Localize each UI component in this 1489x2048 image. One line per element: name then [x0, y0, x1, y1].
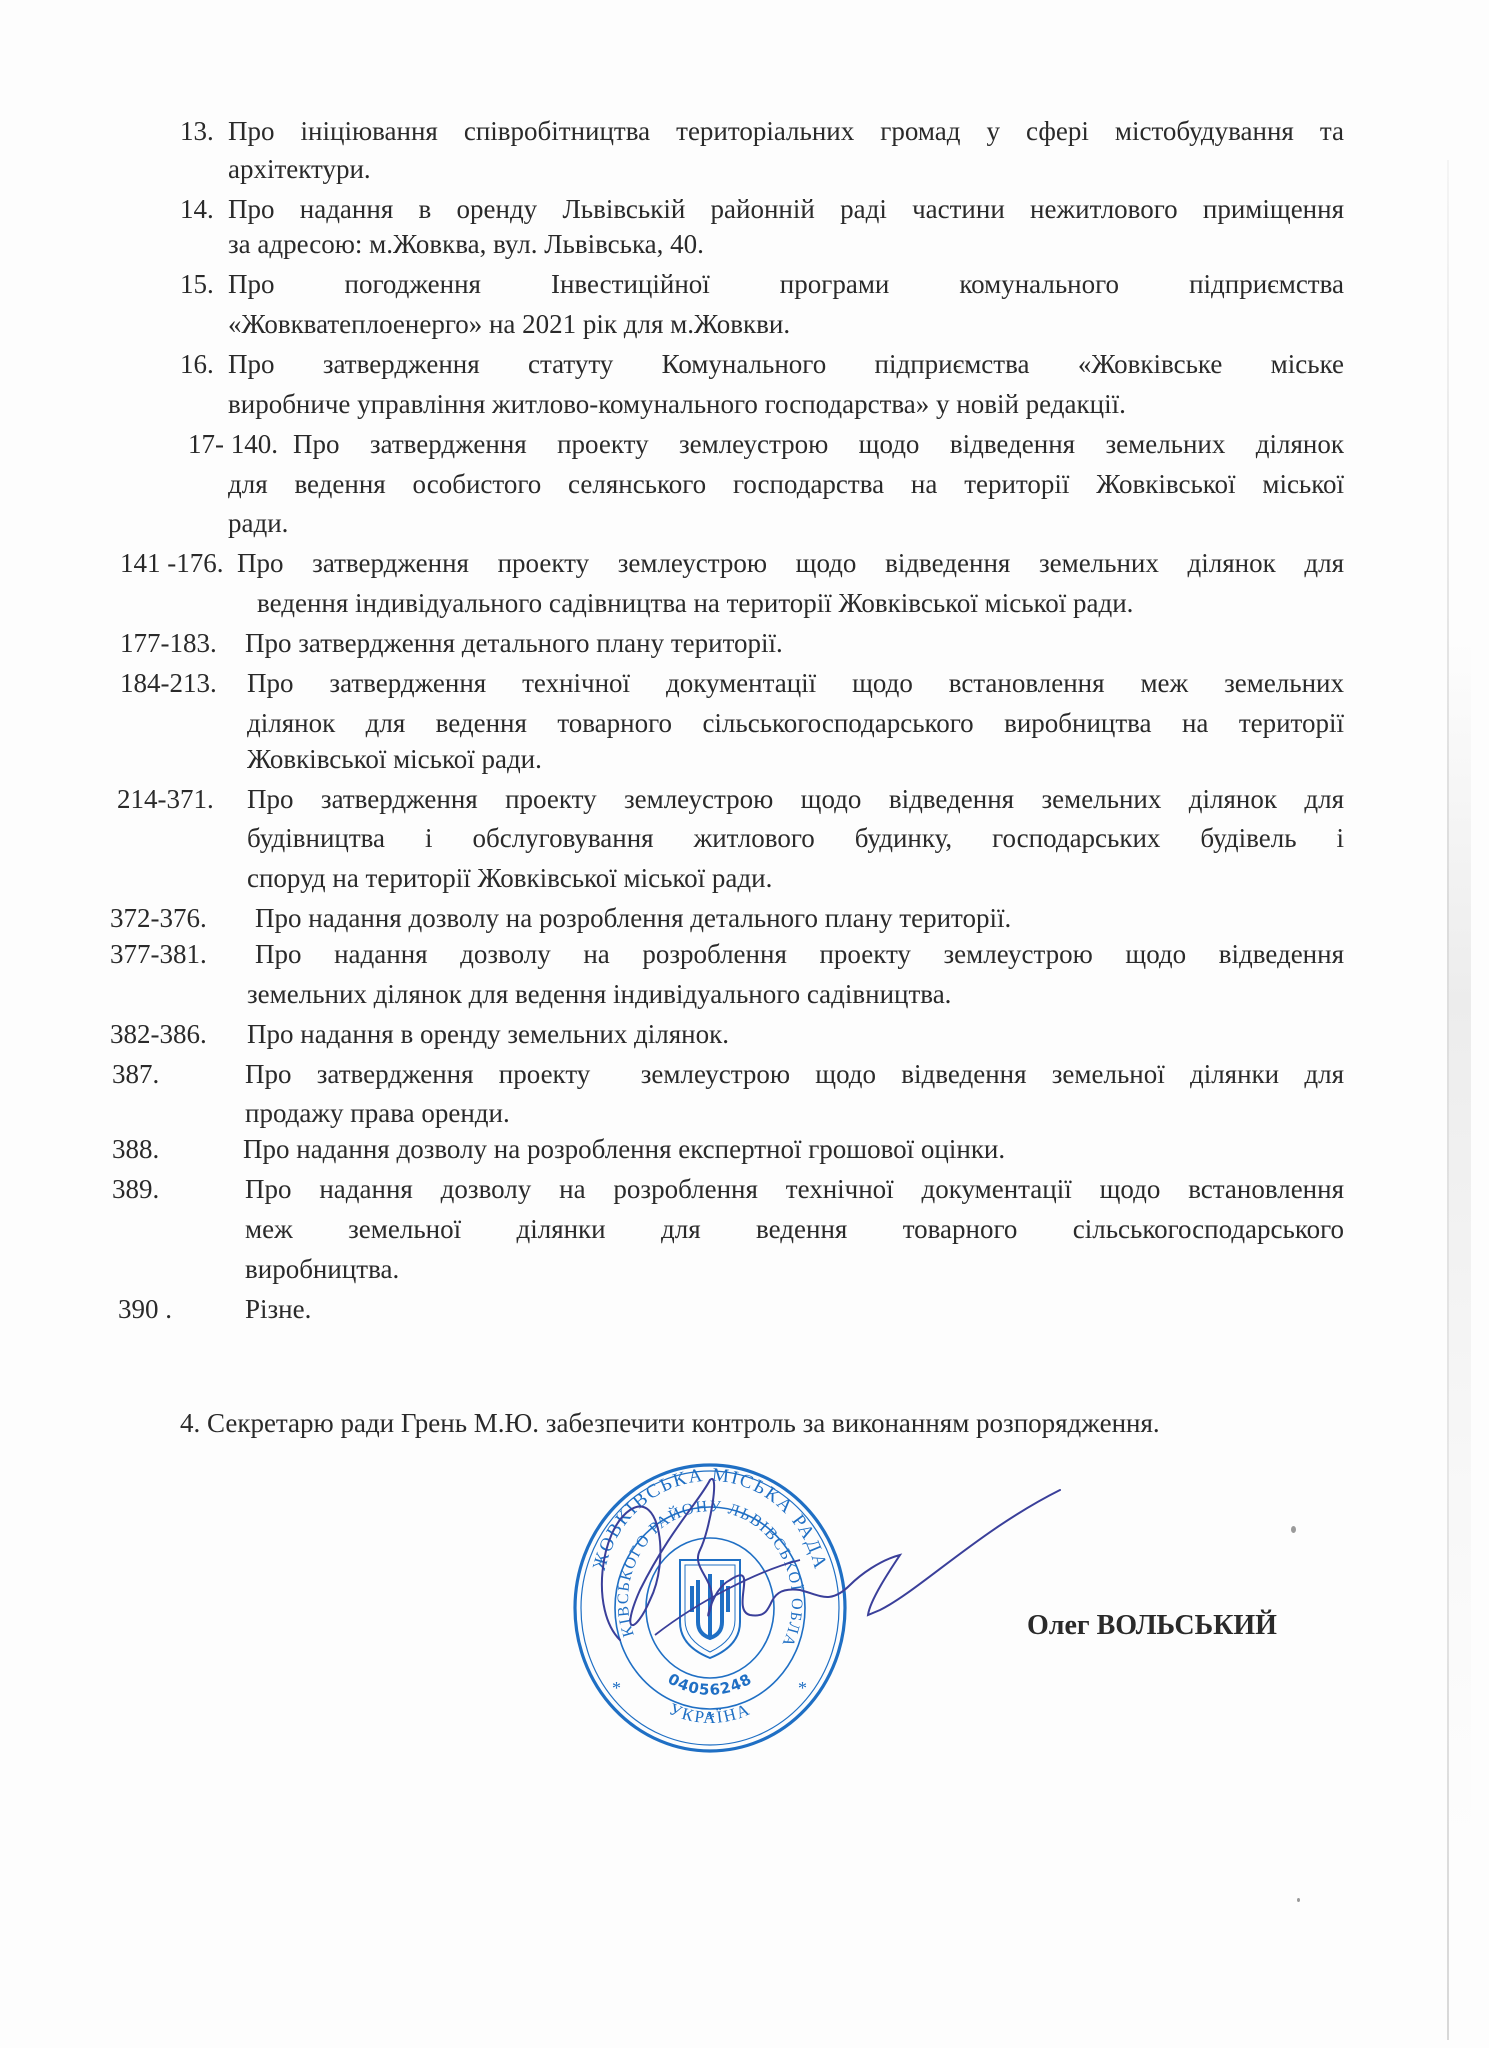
scan-shadow [1449, 640, 1471, 1840]
item-text-line: Про затвердження проекту землеустрою щод… [245, 1058, 1344, 1090]
scan-speck [1291, 1526, 1296, 1533]
document-page: 13. Про ініціювання співробітництва тери… [0, 0, 1489, 2048]
item-number: 214-371. [117, 783, 214, 815]
item-number: 14. [180, 193, 214, 225]
item-number: 15. [180, 268, 214, 300]
item-text-line: Про затвердження проекту землеустрою щод… [247, 783, 1344, 815]
signatory-name: Олег ВОЛЬСЬКИЙ [1027, 1610, 1277, 1642]
item-number: 390 . [118, 1293, 172, 1325]
item-number: 382-386. [110, 1018, 207, 1050]
item-text-line: Про надання дозволу на розроблення техні… [245, 1173, 1344, 1205]
item-text-line: Про затвердження детального плану терито… [245, 627, 783, 659]
item-number: 387. [112, 1058, 159, 1090]
item-text-line: Про ініціювання співробітництва територі… [228, 115, 1344, 147]
item-text-line: Про надання дозволу на розроблення експе… [243, 1133, 1005, 1165]
item-number: 388. [112, 1133, 159, 1165]
item-text-line: виробниче управління житлово-комунальног… [228, 388, 1126, 420]
item-text-line: Про затвердження статуту Комунального пі… [228, 348, 1344, 380]
item-text-line: споруд на території Жовківської міської … [247, 862, 772, 894]
item-text-line: ведення індивідуального садівництва на т… [257, 587, 1133, 619]
item-number: 389. [112, 1173, 159, 1205]
item-text-line: Жовківської міської ради. [247, 743, 542, 775]
item-text-line: Про затвердження проекту землеустрою щод… [237, 547, 1344, 579]
scan-speck [1297, 1898, 1300, 1902]
item-text-line: ради. [228, 507, 288, 539]
item-number: 13. [180, 115, 214, 147]
item-text-line: Про надання в оренду Львівській районній… [228, 193, 1344, 225]
item-text-line: Про погодження Інвестиційної програми ко… [228, 268, 1344, 300]
item-text-line: будівництва і обслуговування житлового б… [247, 822, 1344, 854]
item-text-line: Про затвердження проекту землеустрою щод… [293, 428, 1344, 460]
item-text-line: меж земельної ділянки для ведення товарн… [245, 1213, 1344, 1245]
item-text-line: для ведення особистого селянського госпо… [228, 468, 1344, 500]
item-number: 141 -176. [120, 547, 224, 579]
item-number: 177-183. [120, 627, 217, 659]
item-number: 16. [180, 348, 214, 380]
item-text-line: Різне. [245, 1293, 311, 1325]
item-number: 372-376. [110, 902, 207, 934]
item-text-line: ділянок для ведення товарного сільського… [247, 707, 1344, 739]
item-text-line: Про затвердження технічної документації … [247, 667, 1344, 699]
item-text-line: Про надання в оренду земельних ділянок. [247, 1018, 729, 1050]
item-text-line: за адресою: м.Жовква, вул. Львівська, 40… [228, 228, 704, 260]
signature [560, 1440, 1080, 1740]
item-text-line: виробництва. [245, 1253, 399, 1285]
item-number: 17- 140. [188, 428, 278, 460]
item-text-line: Про надання дозволу на розроблення детал… [255, 902, 1011, 934]
item-text-line: архітектури. [228, 153, 371, 185]
item-number: 184-213. [120, 667, 217, 699]
item-text-line: продажу права оренди. [245, 1097, 510, 1129]
item-text-line: Про надання дозволу на розроблення проек… [255, 938, 1344, 970]
item-text-line: «Жовкватеплоенерго» на 2021 рік для м.Жо… [228, 308, 790, 340]
item-number: 377-381. [110, 938, 207, 970]
clause-4-text: 4. Секретарю ради Грень М.Ю. забезпечити… [180, 1407, 1160, 1439]
item-text-line: земельних ділянок для ведення індивідуал… [247, 978, 951, 1010]
